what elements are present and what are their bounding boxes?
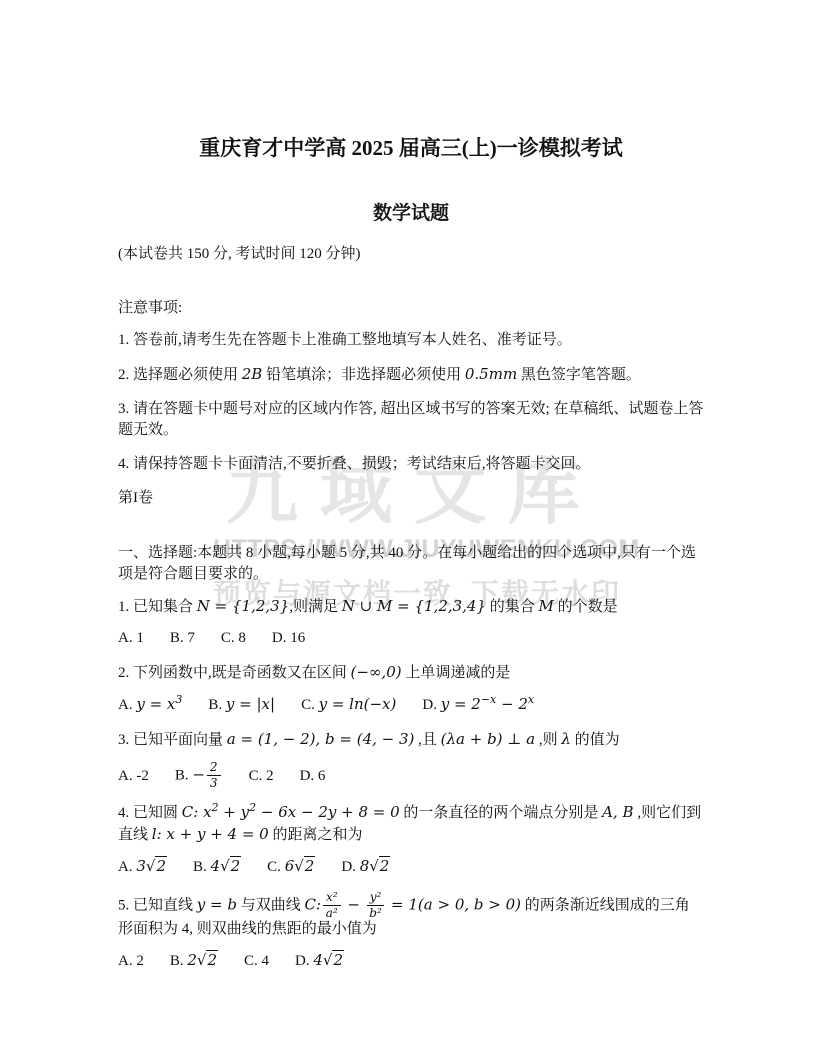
option: A. y = x3 xyxy=(118,694,182,716)
fraction: 23 xyxy=(207,761,221,789)
section-intro: 一、选择题:本题共 8 小题,每小题 5 分,共 40 分。在每小题给出的四个选… xyxy=(118,543,704,585)
option: A. 2 xyxy=(118,951,144,972)
option: B. −23 xyxy=(175,761,223,789)
option: C. y = ln(−x) xyxy=(301,694,396,716)
notice-item-4: 4. 请保持答题卡卡面清洁,不要折叠、损毁；考试结束后,将答题卡交回。 xyxy=(118,454,704,475)
option: C. 6√2 xyxy=(267,856,315,878)
paper-subtitle: 数学试题 xyxy=(118,198,704,225)
option: D. y = 2−x − 2x xyxy=(422,694,534,716)
question-options: A. -2B. −23C. 2D. 6 xyxy=(118,761,704,789)
option: D. 8√2 xyxy=(341,856,390,878)
option: C. 8 xyxy=(221,628,246,649)
question-options: A. 3√2B. 4√2C. 6√2D. 8√2 xyxy=(118,856,704,878)
notice-heading: 注意事项: xyxy=(118,296,704,317)
question-stem: 1. 已知集合 N = {1,2,3},则满足 N ∪ M = {1,2,3,4… xyxy=(118,596,704,618)
radical: √2 xyxy=(294,856,315,875)
question-options: A. 2B. 2√2C. 4D. 4√2 xyxy=(118,950,704,972)
radical: √2 xyxy=(323,950,344,969)
question-stem: 3. 已知平面向量 a = (1, − 2), b = (4, − 3) ,且 … xyxy=(118,729,704,751)
exam-paper-page: 九域文库 HTTPS://WWW.JIUYUWENKU.COM 预览与源文档一致… xyxy=(0,0,816,1056)
part-label: 第I卷 xyxy=(118,488,704,509)
option: B. y = |x| xyxy=(208,694,275,716)
question-stem: 5. 已知直线 y = b 与双曲线 C:x²a² − y²b² = 1(a >… xyxy=(118,891,704,940)
document-content: 重庆育才中学高 2025 届高三(上)一诊模拟考试 数学试题 (本试卷共 150… xyxy=(0,0,816,972)
question-options: A. y = x3B. y = |x|C. y = ln(−x)D. y = 2… xyxy=(118,694,704,716)
radical: √2 xyxy=(197,950,218,969)
radical: √2 xyxy=(146,856,167,875)
option: C. 2 xyxy=(249,766,274,787)
question-options: A. 1B. 7C. 8D. 16 xyxy=(118,628,704,649)
option: A. 3√2 xyxy=(118,856,167,878)
radical: √2 xyxy=(220,856,241,875)
notice-item-3: 3. 请在答题卡中题号对应的区域内作答, 超出区域书写的答案无效; 在草稿纸、试… xyxy=(118,399,704,441)
radical: √2 xyxy=(369,856,390,875)
option: D. 4√2 xyxy=(295,950,344,972)
option: D. 16 xyxy=(272,628,305,649)
question-stem: 4. 已知圆 C: x2 + y2 − 6x − 2y + 8 = 0 的一条直… xyxy=(118,802,704,846)
question-stem: 2. 下列函数中,既是奇函数又在区间 (−∞,0) 上单调递减的是 xyxy=(118,662,704,684)
question-list: 1. 已知集合 N = {1,2,3},则满足 N ∪ M = {1,2,3,4… xyxy=(118,596,704,972)
option: B. 2√2 xyxy=(170,950,218,972)
option: B. 4√2 xyxy=(193,856,241,878)
notice-item-1: 1. 答卷前,请考生先在答题卡上准确工整地填写本人姓名、准考证号。 xyxy=(118,330,704,351)
option: A. -2 xyxy=(118,766,149,787)
option: C. 4 xyxy=(244,951,269,972)
fraction: x²a² xyxy=(323,891,341,919)
notice-item-2: 2. 选择题必须使用 2B 铅笔填涂；非选择题必须使用 0.5mm 黑色签字笔答… xyxy=(118,364,704,386)
paper-meta: (本试卷共 150 分, 考试时间 120 分钟) xyxy=(118,242,704,263)
fraction: y²b² xyxy=(367,891,385,919)
page-title: 重庆育才中学高 2025 届高三(上)一诊模拟考试 xyxy=(118,132,704,162)
option: B. 7 xyxy=(170,628,195,649)
option: D. 6 xyxy=(300,766,326,787)
option: A. 1 xyxy=(118,628,144,649)
